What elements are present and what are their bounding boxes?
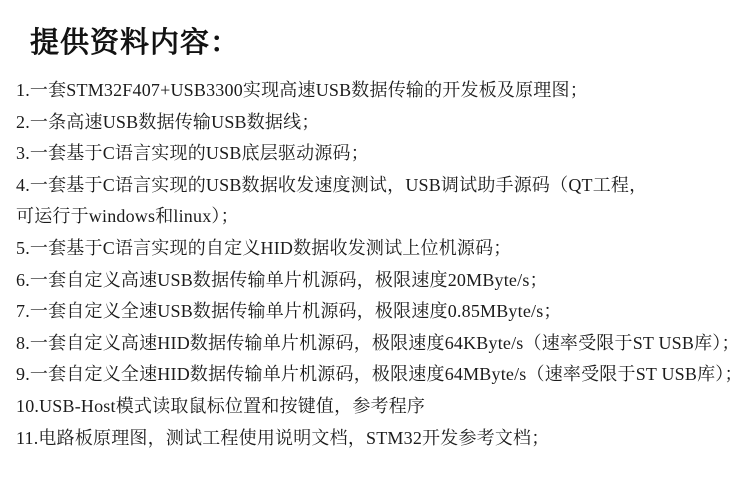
content-list: 1.一套STM32F407+USB3300实现高速USB数据传输的开发板及原理图…	[16, 75, 746, 454]
list-item-11: 11.电路板原理图，测试工程使用说明文档，STM32开发参考文档；	[16, 423, 746, 455]
list-item-4-continued: 可运行于windows和linux）；	[16, 201, 746, 233]
list-item-9: 9.一套自定义全速HID数据传输单片机源码，极限速度64MByte/s（速率受限…	[16, 359, 746, 391]
list-item-3: 3.一套基于C语言实现的USB底层驱动源码；	[16, 138, 746, 170]
document-page: 提供资料内容： 1.一套STM32F407+USB3300实现高速USB数据传输…	[0, 0, 750, 500]
list-item-6: 6.一套自定义高速USB数据传输单片机源码，极限速度20MByte/s；	[16, 265, 746, 297]
list-item-2: 2.一条高速USB数据传输USB数据线；	[16, 107, 746, 139]
list-item-8: 8.一套自定义高速HID数据传输单片机源码，极限速度64KByte/s（速率受限…	[16, 328, 746, 360]
list-item-5: 5.一套基于C语言实现的自定义HID数据收发测试上位机源码；	[16, 233, 746, 265]
list-item-1: 1.一套STM32F407+USB3300实现高速USB数据传输的开发板及原理图…	[16, 75, 746, 107]
page-title: 提供资料内容：	[30, 20, 240, 61]
list-item-7: 7.一套自定义全速USB数据传输单片机源码，极限速度0.85MByte/s；	[16, 296, 746, 328]
list-item-4: 4.一套基于C语言实现的USB数据收发速度测试，USB调试助手源码（QT工程，	[16, 170, 746, 202]
list-item-10: 10.USB-Host模式读取鼠标位置和按键值，参考程序	[16, 391, 746, 423]
